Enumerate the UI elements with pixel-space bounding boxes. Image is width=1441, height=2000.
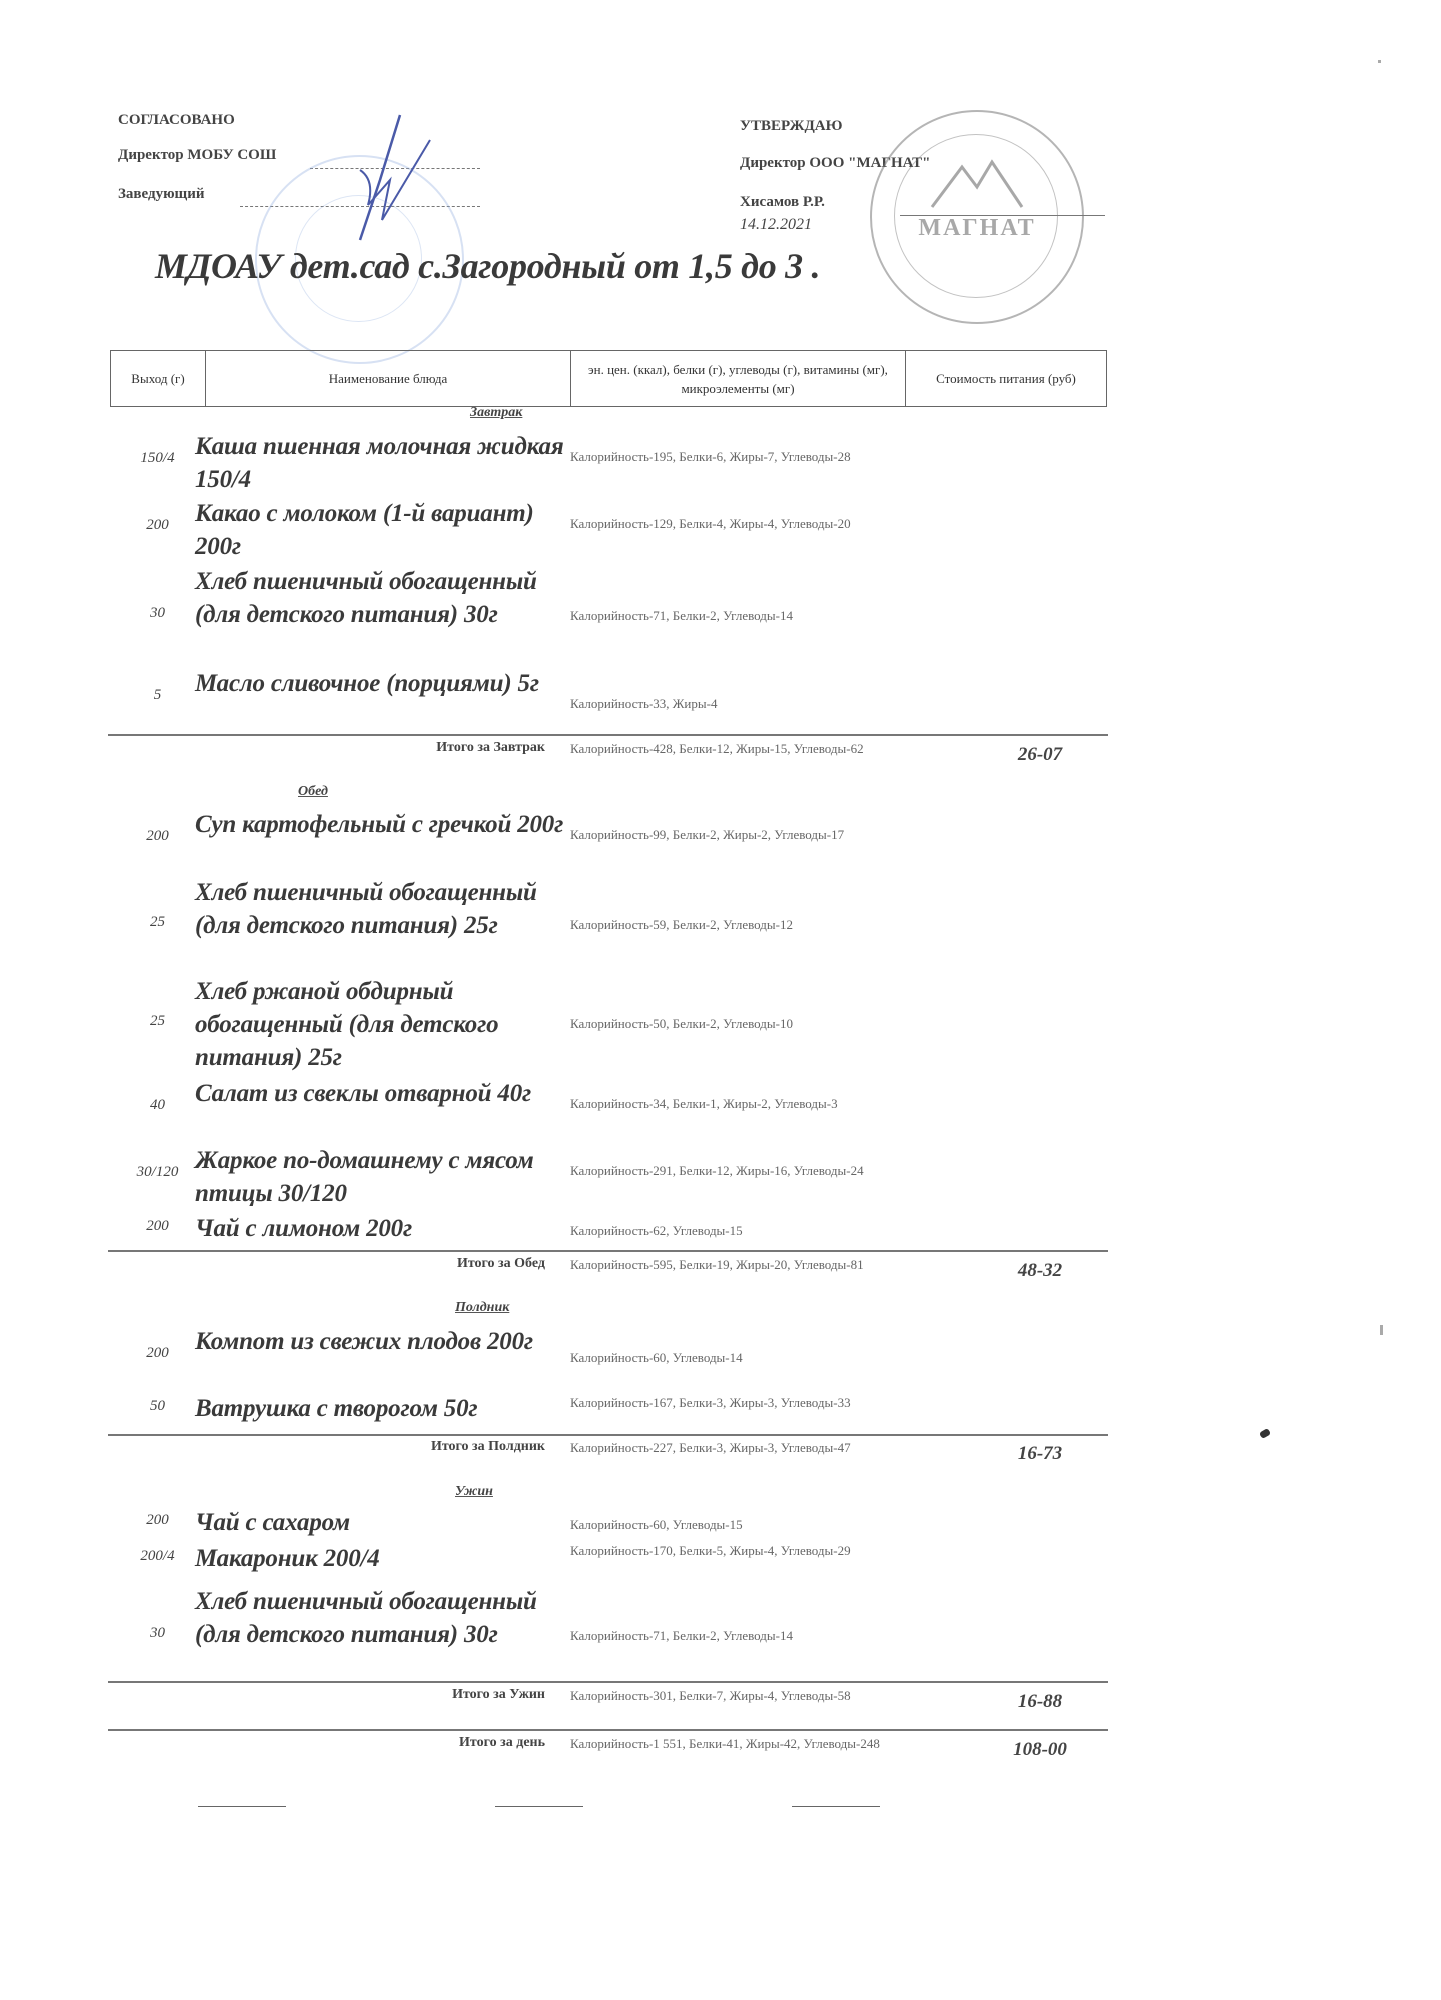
scan-speck xyxy=(1259,1428,1271,1439)
row-yield: 200 xyxy=(110,1512,205,1529)
row-yield: 200/4 xyxy=(110,1548,205,1565)
row-dish: Чай с лимоном 200г xyxy=(195,1212,580,1245)
total-label: Итого за Обед xyxy=(457,1256,545,1272)
section-title-snack: Полдник xyxy=(455,1300,509,1316)
row-dish: Суп картофельный с гречкой 200г xyxy=(195,808,580,841)
section-title-lunch: Обед xyxy=(298,784,328,800)
divider xyxy=(108,1434,1108,1436)
blank-line-2 xyxy=(495,1806,583,1807)
blank-line-3 xyxy=(792,1806,880,1807)
row-dish: Хлеб пшеничный обогащенный (для детского… xyxy=(195,565,580,631)
column-header-name: Наименование блюда xyxy=(206,351,571,406)
day-total-label: Итого за день xyxy=(459,1735,545,1751)
total-label: Итого за Ужин xyxy=(452,1687,545,1703)
row-dish: Чай с сахаром xyxy=(195,1506,580,1539)
signature-icon xyxy=(320,110,440,250)
row-nutrition: Калорийность-59, Белки-2, Углеводы-12 xyxy=(570,916,900,933)
row-yield: 150/4 xyxy=(110,450,205,467)
row-nutrition: Калорийность-195, Белки-6, Жиры-7, Углев… xyxy=(570,448,900,465)
total-label: Итого за Завтрак xyxy=(436,740,545,756)
section-title-breakfast: Завтрак xyxy=(470,405,522,421)
row-dish: Салат из свеклы отварной 40г xyxy=(195,1077,580,1110)
row-yield: 200 xyxy=(110,1345,205,1362)
row-dish: Каша пшенная молочная жидкая 150/4 xyxy=(195,430,580,496)
day-total-cost: 108-00 xyxy=(975,1739,1105,1761)
row-nutrition: Калорийность-291, Белки-12, Жиры-16, Угл… xyxy=(570,1162,900,1179)
row-yield: 30 xyxy=(110,605,205,622)
total-cost: 26-07 xyxy=(975,744,1105,766)
row-yield: 50 xyxy=(110,1398,205,1415)
row-dish: Хлеб пшеничный обогащенный (для детского… xyxy=(195,876,580,942)
row-yield: 200 xyxy=(110,1218,205,1235)
divider xyxy=(108,1681,1108,1683)
row-yield: 5 xyxy=(110,687,205,704)
row-nutrition: Калорийность-60, Углеводы-15 xyxy=(570,1516,900,1533)
row-dish: Масло сливочное (порциями) 5г xyxy=(195,667,580,700)
approval-date: 14.12.2021 xyxy=(740,216,812,234)
total-cost: 16-88 xyxy=(975,1691,1105,1713)
total-cost: 16-73 xyxy=(975,1443,1105,1465)
total-cost: 48-32 xyxy=(975,1260,1105,1282)
row-dish: Хлеб ржаной обдирный обогащенный (для де… xyxy=(195,975,580,1074)
row-dish: Ватрушка с творогом 50г xyxy=(195,1392,580,1425)
row-nutrition: Калорийность-170, Белки-5, Жиры-4, Углев… xyxy=(570,1542,900,1559)
approval-left-line1: Директор МОБУ СОШ xyxy=(118,147,276,164)
row-yield: 25 xyxy=(110,1013,205,1030)
total-label: Итого за Полдник xyxy=(431,1439,545,1455)
row-dish: Компот из свежих плодов 200г xyxy=(195,1325,580,1358)
section-title-dinner: Ужин xyxy=(455,1484,493,1500)
row-nutrition: Калорийность-50, Белки-2, Углеводы-10 xyxy=(570,1015,900,1032)
row-yield: 200 xyxy=(110,517,205,534)
row-dish: Жаркое по-домашнему с мясом птицы 30/120 xyxy=(195,1144,580,1210)
divider xyxy=(108,1250,1108,1252)
row-yield: 25 xyxy=(110,914,205,931)
document-title: МДОАУ дет.сад с.Загородный от 1,5 до 3 . xyxy=(155,245,820,287)
column-header-nutrition: эн. цен. (ккал), белки (г), углеводы (г)… xyxy=(571,351,906,406)
stamp-text: МАГНАТ xyxy=(872,215,1082,242)
row-nutrition: Калорийность-60, Углеводы-14 xyxy=(570,1349,900,1366)
row-nutrition: Калорийность-129, Белки-4, Жиры-4, Углев… xyxy=(570,515,900,532)
row-yield: 30/120 xyxy=(110,1164,205,1181)
row-dish: Хлеб пшеничный обогащенный (для детского… xyxy=(195,1585,580,1651)
row-yield: 200 xyxy=(110,828,205,845)
row-nutrition: Калорийность-62, Углеводы-15 xyxy=(570,1222,900,1239)
total-nutrition: Калорийность-301, Белки-7, Жиры-4, Углев… xyxy=(570,1687,900,1704)
column-header-yield: Выход (г) xyxy=(111,351,206,406)
row-nutrition: Калорийность-34, Белки-1, Жиры-2, Углево… xyxy=(570,1095,900,1112)
total-nutrition: Калорийность-227, Белки-3, Жиры-3, Углев… xyxy=(570,1439,900,1456)
row-nutrition: Калорийность-99, Белки-2, Жиры-2, Углево… xyxy=(570,826,900,843)
row-nutrition: Калорийность-33, Жиры-4 xyxy=(570,695,900,712)
row-nutrition: Калорийность-71, Белки-2, Углеводы-14 xyxy=(570,607,900,624)
table-header: Выход (г) Наименование блюда эн. цен. (к… xyxy=(110,350,1107,407)
column-header-cost: Стоимость питания (руб) xyxy=(906,351,1106,406)
row-nutrition: Калорийность-167, Белки-3, Жиры-3, Углев… xyxy=(570,1394,900,1411)
row-nutrition: Калорийность-71, Белки-2, Углеводы-14 xyxy=(570,1627,900,1644)
company-stamp: МАГНАТ xyxy=(870,110,1084,324)
scan-speck xyxy=(1380,1325,1383,1335)
blank-line-1 xyxy=(198,1806,286,1807)
row-yield: 40 xyxy=(110,1097,205,1114)
day-total-nutrition: Калорийность-1 551, Белки-41, Жиры-42, У… xyxy=(570,1735,900,1752)
total-nutrition: Калорийность-428, Белки-12, Жиры-15, Угл… xyxy=(570,740,900,757)
row-dish: Какао с молоком (1-й вариант) 200г xyxy=(195,497,580,563)
row-yield: 30 xyxy=(110,1625,205,1642)
approval-left-title: СОГЛАСОВАНО xyxy=(118,112,235,129)
total-nutrition: Калорийность-595, Белки-19, Жиры-20, Угл… xyxy=(570,1256,900,1273)
divider xyxy=(108,1729,1108,1731)
scan-speck xyxy=(1378,60,1381,63)
divider xyxy=(108,734,1108,736)
approval-right-title: УТВЕРЖДАЮ xyxy=(740,118,843,135)
approval-right-line2: Хисамов Р.Р. xyxy=(740,194,825,211)
row-dish: Макароник 200/4 xyxy=(195,1542,580,1575)
approval-left-line2: Заведующий xyxy=(118,186,204,203)
